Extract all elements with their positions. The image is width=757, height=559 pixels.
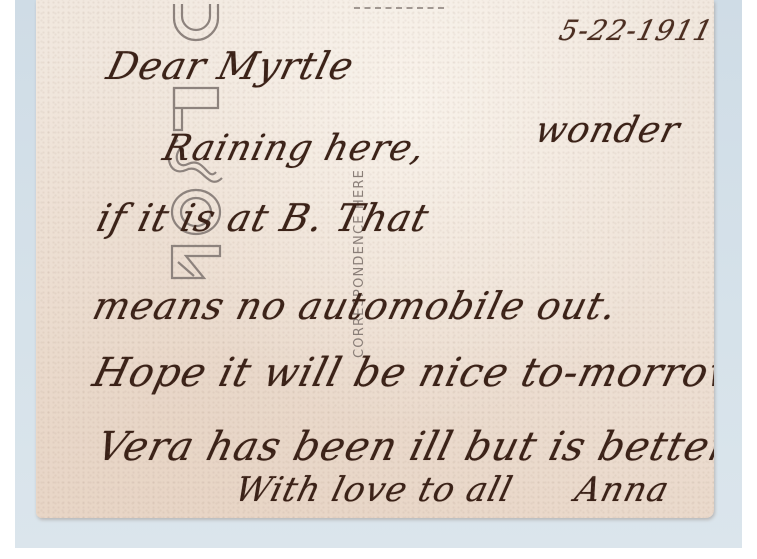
handwritten-line-6: Vera has been ill but is better <box>92 424 714 470</box>
handwritten-salutation: Dear Myrtle <box>103 44 359 88</box>
postcard: CORRESPONDENCE HERE 5-22-1911 Dear Myrtl… <box>36 0 714 518</box>
handwritten-line-2a: Raining here, <box>159 128 430 169</box>
handwritten-line-3: if it is at B. That <box>93 196 434 240</box>
handwritten-line-2b: wonder <box>531 110 684 151</box>
handwritten-signature: Anna <box>571 470 674 510</box>
photo-scene: CORRESPONDENCE HERE 5-22-1911 Dear Myrtl… <box>0 0 757 559</box>
handwritten-date: 5-22-1911 <box>556 14 714 47</box>
stamp-area-dashed-line <box>354 7 444 9</box>
handwritten-line-5: Hope it will be nice to-morrow <box>88 350 714 396</box>
handwritten-closing: With love to all <box>231 470 517 510</box>
handwritten-line-4: means no automobile out. <box>89 284 623 328</box>
